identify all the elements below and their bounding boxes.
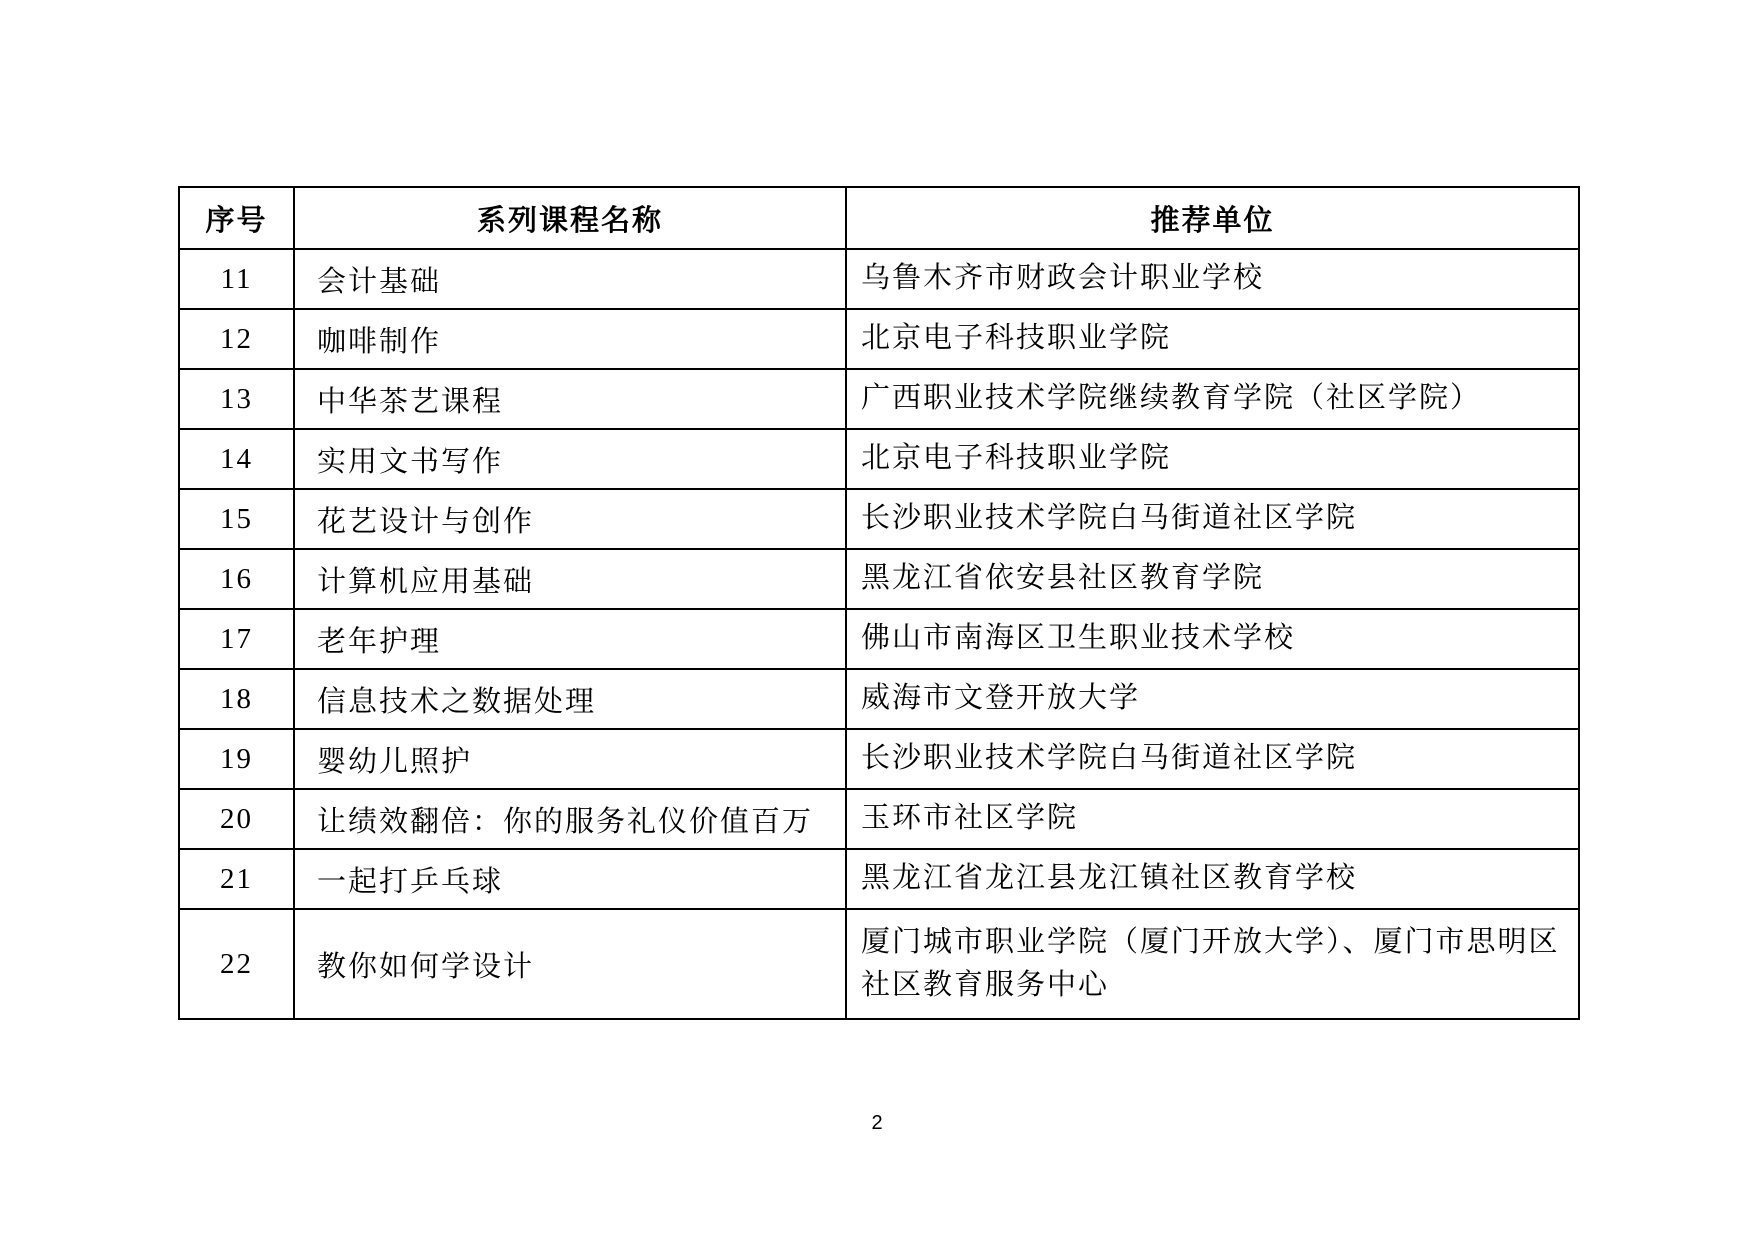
course-name-cell: 实用文书写作 xyxy=(294,429,846,489)
course-name-cell: 花艺设计与创作 xyxy=(294,489,846,549)
table-row: 13 中华茶艺课程 广西职业技术学院继续教育学院（社区学院） xyxy=(179,369,1579,429)
course-name-cell: 计算机应用基础 xyxy=(294,549,846,609)
row-number-cell: 19 xyxy=(179,729,294,789)
recommend-unit-cell: 北京电子科技职业学院 xyxy=(846,429,1579,489)
course-name-cell: 会计基础 xyxy=(294,249,846,309)
table-row: 22 教你如何学设计 厦门城市职业学院（厦门开放大学）、厦门市思明区社区教育服务… xyxy=(179,909,1579,1019)
table-row: 20 让绩效翻倍：你的服务礼仪价值百万 玉环市社区学院 xyxy=(179,789,1579,849)
recommend-unit-cell: 黑龙江省依安县社区教育学院 xyxy=(846,549,1579,609)
table-row: 19 婴幼儿照护 长沙职业技术学院白马街道社区学院 xyxy=(179,729,1579,789)
recommend-unit-cell: 威海市文登开放大学 xyxy=(846,669,1579,729)
course-name-cell: 教你如何学设计 xyxy=(294,909,846,1019)
table-row: 16 计算机应用基础 黑龙江省依安县社区教育学院 xyxy=(179,549,1579,609)
course-name-cell: 咖啡制作 xyxy=(294,309,846,369)
row-number-cell: 13 xyxy=(179,369,294,429)
recommend-unit-cell: 玉环市社区学院 xyxy=(846,789,1579,849)
recommend-unit-cell: 广西职业技术学院继续教育学院（社区学院） xyxy=(846,369,1579,429)
row-number-cell: 12 xyxy=(179,309,294,369)
row-number-cell: 15 xyxy=(179,489,294,549)
row-number-cell: 22 xyxy=(179,909,294,1019)
row-number-cell: 21 xyxy=(179,849,294,909)
course-name-cell: 中华茶艺课程 xyxy=(294,369,846,429)
col-header-unit: 推荐单位 xyxy=(846,187,1579,249)
course-name-cell: 老年护理 xyxy=(294,609,846,669)
recommend-unit-cell: 北京电子科技职业学院 xyxy=(846,309,1579,369)
recommend-unit-cell: 黑龙江省龙江县龙江镇社区教育学校 xyxy=(846,849,1579,909)
col-header-course: 系列课程名称 xyxy=(294,187,846,249)
recommend-unit-cell: 佛山市南海区卫生职业技术学校 xyxy=(846,609,1579,669)
row-number-cell: 14 xyxy=(179,429,294,489)
row-number-cell: 18 xyxy=(179,669,294,729)
course-name-cell: 一起打乒乓球 xyxy=(294,849,846,909)
recommend-unit-cell: 长沙职业技术学院白马街道社区学院 xyxy=(846,729,1579,789)
table-header-row: 序号 系列课程名称 推荐单位 xyxy=(179,187,1579,249)
course-name-cell: 让绩效翻倍：你的服务礼仪价值百万 xyxy=(294,789,846,849)
course-name-cell: 婴幼儿照护 xyxy=(294,729,846,789)
col-header-no: 序号 xyxy=(179,187,294,249)
course-name-cell: 信息技术之数据处理 xyxy=(294,669,846,729)
table-row: 18 信息技术之数据处理 威海市文登开放大学 xyxy=(179,669,1579,729)
table-row: 12 咖啡制作 北京电子科技职业学院 xyxy=(179,309,1579,369)
row-number-cell: 11 xyxy=(179,249,294,309)
table-row: 14 实用文书写作 北京电子科技职业学院 xyxy=(179,429,1579,489)
row-number-cell: 20 xyxy=(179,789,294,849)
course-table: 序号 系列课程名称 推荐单位 11 会计基础 乌鲁木齐市财政会计职业学校 12 … xyxy=(178,186,1580,1020)
table-row: 17 老年护理 佛山市南海区卫生职业技术学校 xyxy=(179,609,1579,669)
page-number: 2 xyxy=(0,1112,1754,1135)
row-number-cell: 16 xyxy=(179,549,294,609)
table-row: 15 花艺设计与创作 长沙职业技术学院白马街道社区学院 xyxy=(179,489,1579,549)
table-row: 21 一起打乒乓球 黑龙江省龙江县龙江镇社区教育学校 xyxy=(179,849,1579,909)
recommend-unit-cell: 长沙职业技术学院白马街道社区学院 xyxy=(846,489,1579,549)
recommend-unit-cell: 乌鲁木齐市财政会计职业学校 xyxy=(846,249,1579,309)
table-row: 11 会计基础 乌鲁木齐市财政会计职业学校 xyxy=(179,249,1579,309)
document-page: 序号 系列课程名称 推荐单位 11 会计基础 乌鲁木齐市财政会计职业学校 12 … xyxy=(0,0,1754,1241)
recommend-unit-cell: 厦门城市职业学院（厦门开放大学）、厦门市思明区社区教育服务中心 xyxy=(846,909,1579,1019)
row-number-cell: 17 xyxy=(179,609,294,669)
